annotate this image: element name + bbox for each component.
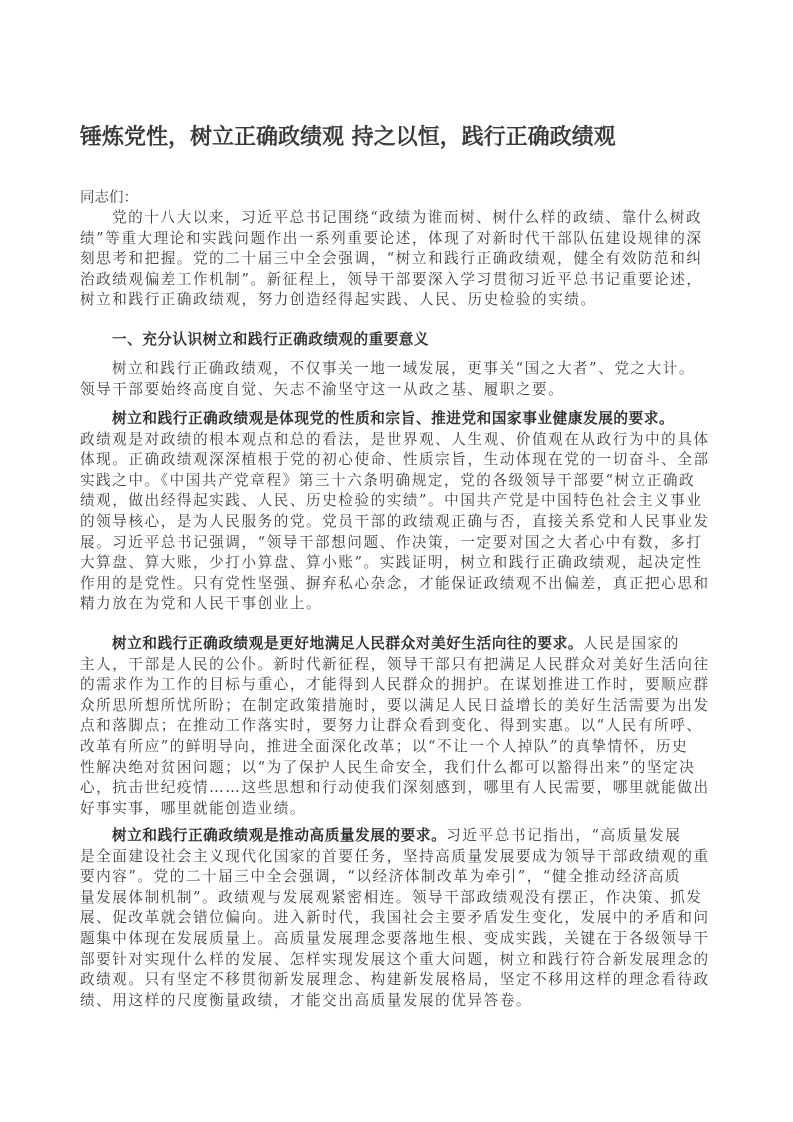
text-line: 绩、用这样的尺度衡量政绩，才能交出高质量发展的优异答卷。 <box>80 991 720 1012</box>
text-line: 改革有所应”的鲜明导向，推进全面深化改革；以“不让一个人掉队”的真挚情怀，历史 <box>80 737 720 758</box>
text-line: 绩观，做出经得起实践、人民、历史检验的实绩”。中国共产党是中国特色社会主义事业 <box>80 491 720 512</box>
text-line: 实践之中。《中国共产党章程》第三十六条明确规定，党的各级领导干部要“树立正确政 <box>80 471 720 492</box>
text-line: 刻思考和把握。党的二十届三中全会强调，“树立和践行正确政绩观，健全有效防范和纠 <box>80 249 720 270</box>
document-title: 锤炼党性，树立正确政绩观 持之以恒，践行正确政绩观 <box>80 120 740 151</box>
text-line: 主人，干部是人民的公仆。新时代新征程，领导干部只有把满足人民群众对美好生活向往 <box>80 655 720 676</box>
text-line: 树立和践行正确政绩观，不仅事关一地一域发展，更事关“国之大者”、党之大计。 <box>80 359 720 380</box>
text-line: 性解决绝对贫困问题；以“为了保护人民生命安全，我们什么都可以豁得出来”的坚定决 <box>80 758 720 779</box>
text-line: 点和落脚点；在推动工作落实时，要努力让群众看到变化、得到实惠。以“人民有所呼、 <box>80 716 720 737</box>
text-line: 是全面建设社会主义现代化国家的首要任务，坚持高质量发展要成为领导干部政绩观的重 <box>80 847 720 868</box>
text-line: 要内容”。党的二十届三中全会强调，“以经济体制改革为牵引”，“健全推动经济高质 <box>80 867 720 888</box>
text-line: 的需求作为工作的目标与重心，才能得到人民群众的拥护。在谋划推进工作时，要顺应群 <box>80 675 720 696</box>
section-heading: 一、充分认识树立和践行正确政绩观的重要意义 <box>80 330 720 351</box>
text-run: 习近平总书记指出，“高质量发展 <box>446 827 681 844</box>
text-line: 党的十八大以来，习近平总书记围绕“政绩为谁而树、树什么样的政绩、靠什么树政 <box>80 208 720 229</box>
intro-paragraph: 党的十八大以来，习近平总书记围绕“政绩为谁而树、树什么样的政绩、靠什么树政 绩”… <box>80 208 720 311</box>
section-1-heading: 一、充分认识树立和践行正确政绩观的重要意义 <box>80 330 720 351</box>
point-3-bold-lead: 树立和践行正确政绩观是推动高质量发展的要求。 <box>112 827 446 844</box>
text-line: 树立和践行正确政绩观，努力创造经得起实践、人民、历史检验的实绩。 <box>80 290 720 311</box>
text-line: 心，抗击世纪疫情……这些思想和行动使我们深刻感到，哪里有人民需要，哪里就能做出 <box>80 778 720 799</box>
text-line: 展。习近平总书记强调，“领导干部想问题、作决策，一定要对国之大者心中有数，多打 <box>80 533 720 554</box>
text-line: 精力放在为党和人民干事创业上。 <box>80 594 720 615</box>
text-line: 绩”等重大理论和实践问题作出一系列重要论述，体现了对新时代干部队伍建设规律的深 <box>80 229 720 250</box>
text-run: 人民是国家的 <box>583 635 680 652</box>
salutation: 同志们： <box>80 186 138 207</box>
point-2-paragraph: 树立和践行正确政绩观是更好地满足人民群众对美好生活向往的要求。人民是国家的 主人… <box>80 634 720 819</box>
text-line: 作用的是党性。只有党性坚强、摒弃私心杂念，才能保证政绩观不出偏差，真正把心思和 <box>80 574 720 595</box>
text-line: 量发展体制机制”。政绩观与发展观紧密相连。领导干部政绩观没有摆正，作决策、抓发 <box>80 888 720 909</box>
text-line: 部要针对实现什么样的发展、怎样实现发展这个重大问题，树立和践行符合新发展理念的 <box>80 950 720 971</box>
text-line: 众所思所想所忧所盼；在制定政策措施时，要以满足人民日益增长的美好生活需要为出发 <box>80 696 720 717</box>
text-line: 展、促改革就会错位偏向。进入新时代，我国社会主要矛盾发生变化，发展中的矛盾和问 <box>80 908 720 929</box>
text-line: 政绩观是对政绩的根本观点和总的看法，是世界观、人生观、价值观在从政行为中的具体 <box>80 430 720 451</box>
point-3-paragraph: 树立和践行正确政绩观是推动高质量发展的要求。习近平总书记指出，“高质量发展 是全… <box>80 826 720 1011</box>
text-line: 题集中体现在发展质量上。高质量发展理念要落地生根、变成实践，关键在于各级领导干 <box>80 929 720 950</box>
point-1-paragraph: 树立和践行正确政绩观是体现党的性质和宗旨、推进党和国家事业健康发展的要求。 政绩… <box>80 409 720 615</box>
point-2-bold-lead: 树立和践行正确政绩观是更好地满足人民群众对美好生活向往的要求。 <box>112 635 583 652</box>
text-line: 治政绩观偏差工作机制”。新征程上，领导干部要深入学习贯彻习近平总书记重要论述， <box>80 270 720 291</box>
point-1-bold-lead: 树立和践行正确政绩观是体现党的性质和宗旨、推进党和国家事业健康发展的要求。 <box>112 410 674 427</box>
text-line: 好事实事，哪里就能创造业绩。 <box>80 799 720 820</box>
text-line: 领导干部要始终高度自觉、矢志不渝坚守这一从政之基、履职之要。 <box>80 380 720 401</box>
section-1-lead-paragraph: 树立和践行正确政绩观，不仅事关一地一域发展，更事关“国之大者”、党之大计。 领导… <box>80 359 720 400</box>
text-line: 政绩观。只有坚定不移贯彻新发展理念、构建新发展格局，坚定不移用这样的理念看待政 <box>80 970 720 991</box>
text-line: 体现。正确政绩观深深植根于党的初心使命、性质宗旨，生动体现在党的一切奋斗、全部 <box>80 450 720 471</box>
text-line: 大算盘、算大账，少打小算盘、算小账”。实践证明，树立和践行正确政绩观，起决定性 <box>80 553 720 574</box>
text-line: 的领导核心，是为人民服务的党。党员干部的政绩观正确与否，直接关系党和人民事业发 <box>80 512 720 533</box>
